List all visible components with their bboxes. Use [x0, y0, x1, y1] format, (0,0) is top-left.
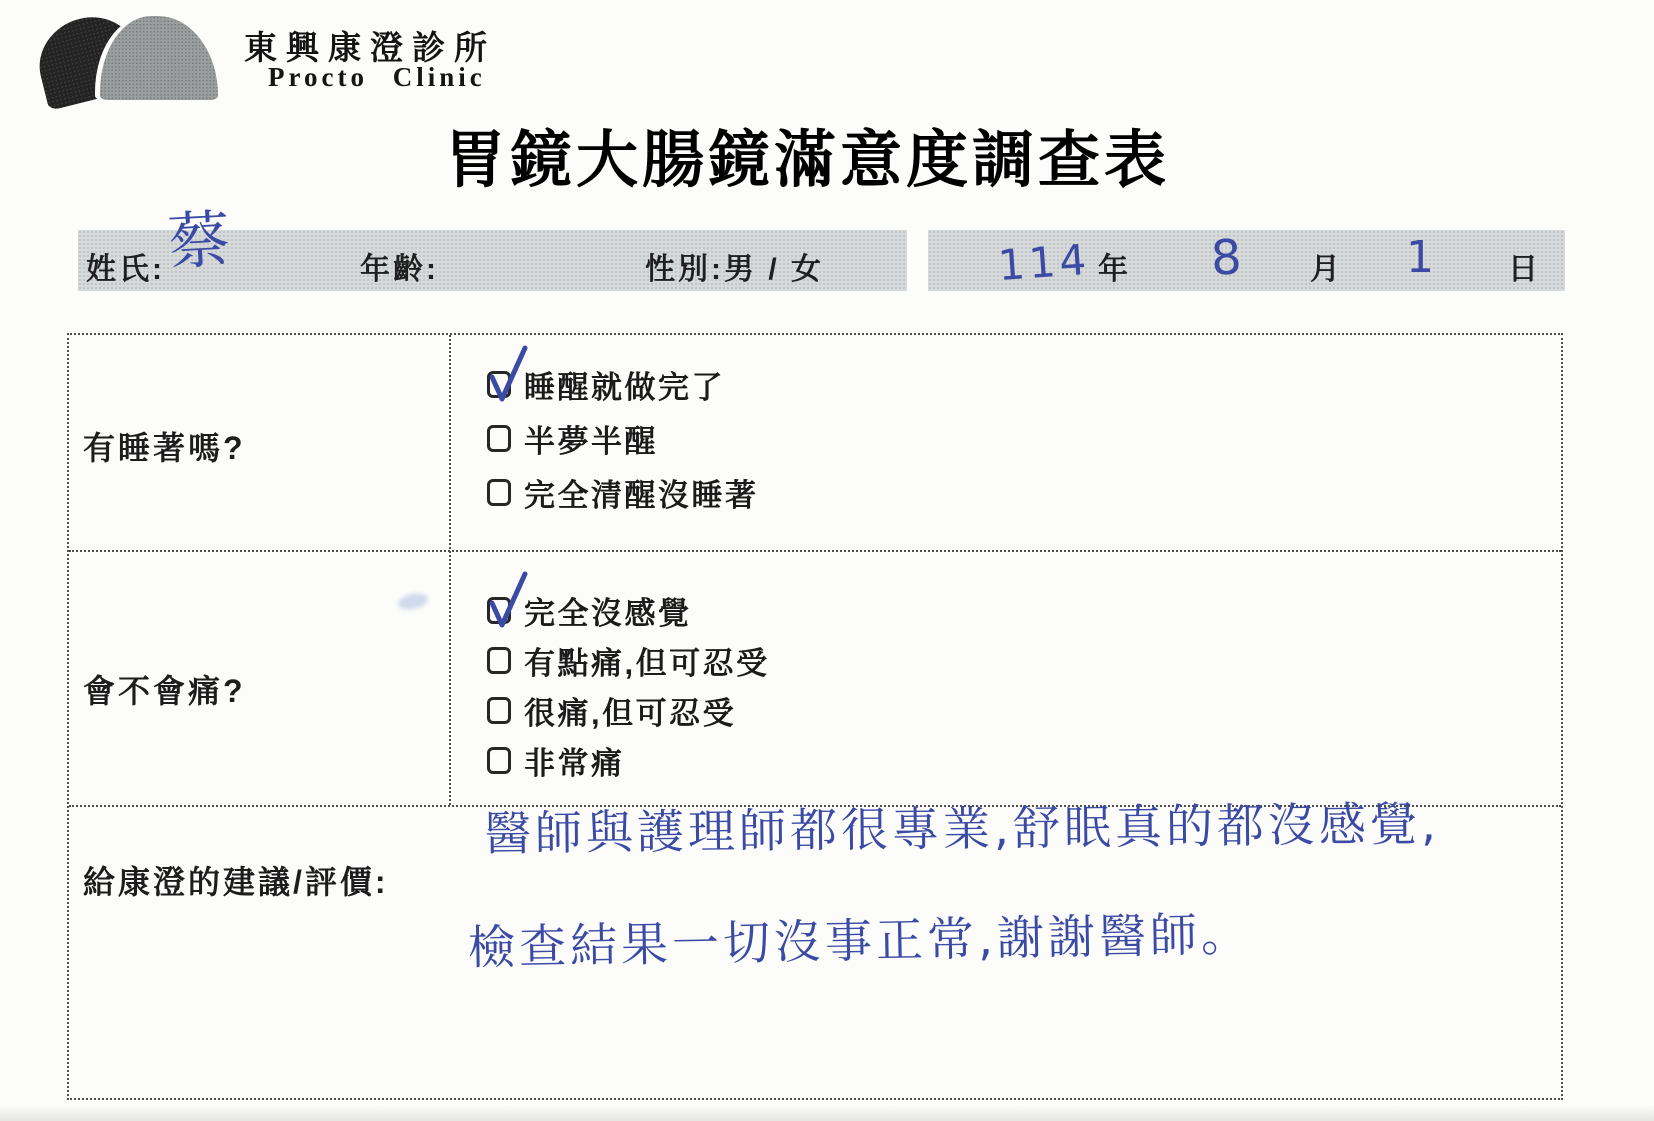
option-row: 半夢半醒 — [487, 411, 759, 465]
checkbox[interactable] — [487, 697, 511, 724]
option-row: 很痛,但可忍受 — [487, 685, 770, 735]
option-label: 完全沒感覺 — [524, 588, 692, 633]
question-2-label: 會不會痛? — [83, 666, 246, 712]
date-bar: 114 年 8 月 1 日 — [928, 230, 1565, 291]
option-row: 非常痛 — [487, 735, 770, 785]
option-row: 完全清醒沒睡著 — [487, 465, 759, 519]
checkmark-icon — [485, 341, 531, 405]
surname-label: 姓氏: — [86, 244, 165, 288]
checkbox[interactable] — [487, 425, 511, 452]
checkbox[interactable] — [487, 371, 511, 398]
checkbox[interactable] — [487, 647, 511, 674]
question-1-label: 有睡著嗎? — [83, 423, 246, 469]
month-value-handwritten: 8 — [1210, 229, 1243, 287]
comment-line-2: 檢查結果一切沒事正常,謝謝醫師。 — [468, 911, 1253, 972]
age-label: 年齡: — [360, 244, 439, 288]
option-row: 有點痛,但可忍受 — [487, 635, 770, 685]
gender-label: 性別:男 / 女 — [645, 244, 824, 288]
checkbox[interactable] — [487, 479, 511, 506]
month-label: 月 — [1310, 244, 1343, 288]
row-divider-1 — [69, 550, 1561, 552]
survey-table: 有睡著嗎? 會不會痛? 給康澄的建議/評價: 睡醒就做完了 半夢半醒 完全清醒沒 — [67, 333, 1563, 1100]
option-label: 完全清醒沒睡著 — [524, 470, 759, 515]
day-label: 日 — [1508, 244, 1541, 288]
comment-line-1: 醫師與護理師都很專業,舒眠真的都沒感覺, — [484, 801, 1440, 858]
scanned-survey-page: 東興康澄診所 Procto Clinic 胃鏡大腸鏡滿意度調查表 姓氏: 蔡 年… — [0, 0, 1654, 1121]
surname-handwritten: 蔡 — [166, 208, 231, 273]
checkbox[interactable] — [487, 597, 511, 624]
option-label: 有點痛,但可忍受 — [524, 638, 770, 683]
option-label: 睡醒就做完了 — [524, 362, 725, 407]
column-divider — [449, 335, 451, 805]
question-1-options: 睡醒就做完了 半夢半醒 完全清醒沒睡著 — [487, 357, 759, 519]
option-label: 很痛,但可忍受 — [524, 688, 736, 733]
patient-info-bar: 姓氏: 蔡 年齡: 性別:男 / 女 — [78, 230, 907, 291]
option-label: 半夢半醒 — [524, 416, 658, 461]
clinic-name-en: Procto Clinic — [268, 62, 486, 93]
checkmark-icon — [485, 567, 531, 631]
option-label: 非常痛 — [524, 738, 625, 783]
question-2-options: 完全沒感覺 有點痛,但可忍受 很痛,但可忍受 非常痛 — [487, 585, 770, 785]
comment-label: 給康澄的建議/評價: — [83, 857, 389, 903]
day-value-handwritten: 1 — [1406, 232, 1434, 283]
clinic-logo — [38, 12, 228, 104]
year-value-handwritten: 114 — [996, 235, 1091, 290]
checkbox[interactable] — [487, 747, 511, 774]
option-row: 完全沒感覺 — [487, 585, 770, 635]
year-label: 年 — [1098, 244, 1131, 288]
form-title: 胃鏡大腸鏡滿意度調查表 — [0, 110, 1614, 199]
option-row: 睡醒就做完了 — [487, 357, 759, 411]
